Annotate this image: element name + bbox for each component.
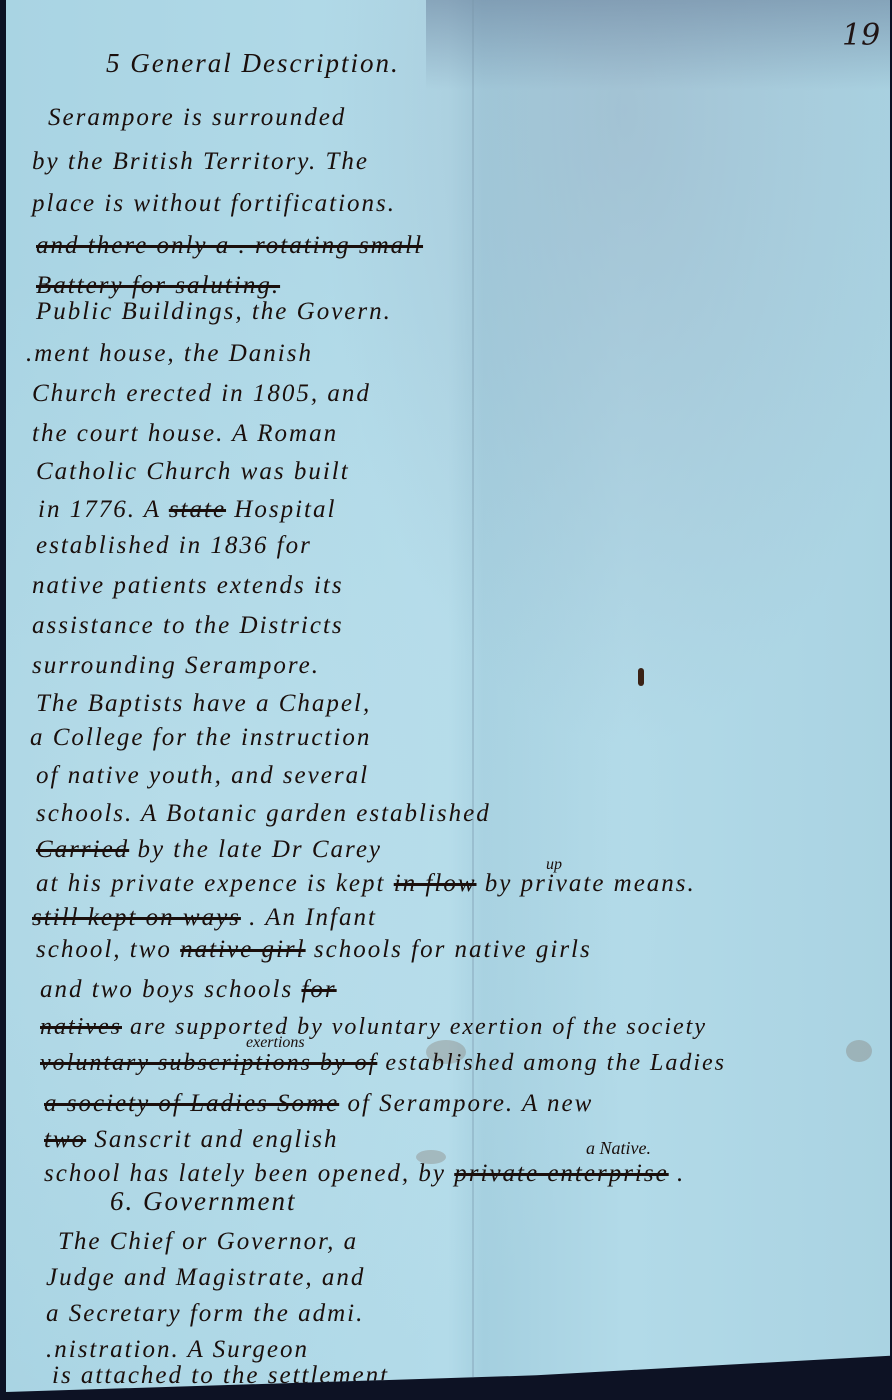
line-text-after: Hospital	[234, 496, 336, 523]
text-line: is attached to the settlement.	[52, 1362, 397, 1390]
manuscript-page: 19 5 General Description. Serampore is s…	[6, 0, 890, 1392]
text-line: The Chief or Governor, a	[58, 1228, 358, 1256]
text-line: in 1776. A state Hospital	[38, 496, 336, 524]
text-line: .ment house, the Danish	[26, 340, 313, 368]
line-text: school, two	[36, 936, 172, 963]
line-text: and two boys schools	[40, 976, 293, 1003]
line-text: at his private expence is kept	[36, 870, 385, 897]
section-heading: 6. Government	[110, 1186, 296, 1217]
ink-stain	[846, 1040, 872, 1062]
struck-line: Battery for saluting.	[36, 272, 280, 300]
text-line: The Baptists have a Chapel,	[36, 690, 371, 718]
struck-word: Carried	[36, 836, 129, 863]
text-line: two Sanscrit and english	[44, 1126, 339, 1154]
line-text-after: .	[677, 1160, 685, 1187]
struck-word: voluntary subscriptions by of	[40, 1050, 377, 1076]
text-line: of native youth, and several	[36, 762, 369, 790]
text-line: school has lately been opened, by privat…	[44, 1160, 685, 1188]
struck-line: and there only a . rotating small	[36, 232, 423, 260]
text-line: Carried by the late Dr Carey	[36, 836, 382, 864]
text-line: .nistration. A Surgeon	[46, 1336, 309, 1364]
text-line: natives are supported by voluntary exert…	[40, 1014, 707, 1041]
ink-blot	[638, 668, 644, 686]
text-line: at his private expence is kept in flow b…	[36, 870, 696, 898]
section-heading: 5 General Description.	[106, 48, 400, 79]
line-text-after: by private means.	[485, 870, 696, 897]
struck-word: still kept on ways	[32, 904, 241, 931]
text-line: and two boys schools for	[40, 976, 337, 1004]
struck-word: native girl	[180, 936, 305, 963]
text-line: by the British Territory. The	[32, 148, 369, 176]
text-line: assistance to the Districts	[32, 612, 344, 640]
struck-word: private enterprise	[454, 1160, 668, 1187]
line-text: school has lately been opened, by	[44, 1160, 446, 1187]
text-line: a Secretary form the admi.	[46, 1300, 364, 1328]
text-line: the court house. A Roman	[32, 420, 338, 448]
text-line: a society of Ladies Some of Serampore. A…	[44, 1090, 593, 1118]
text-line: Public Buildings, the Govern.	[36, 298, 392, 326]
line-text-after: . An Infant	[249, 904, 377, 931]
shadow-top	[426, 0, 892, 90]
text-line: native patients extends its	[32, 572, 344, 600]
text-line: schools. A Botanic garden established	[36, 800, 491, 828]
text-line: established in 1836 for	[36, 532, 312, 560]
struck-word: state	[169, 496, 226, 523]
line-text-after: by the late Dr Carey	[137, 836, 382, 863]
text-line: Serampore is surrounded	[48, 104, 346, 132]
text-line: still kept on ways . An Infant	[32, 904, 377, 932]
text-line: place is without fortifications.	[32, 190, 396, 218]
interlinear-insert: a Native.	[586, 1138, 651, 1159]
text-line: a College for the instruction	[30, 724, 371, 752]
text-line: voluntary subscriptions by of establishe…	[40, 1050, 726, 1077]
struck-word: in flow	[394, 870, 477, 897]
line-text-after: are supported by voluntary exertion of t…	[130, 1014, 707, 1040]
line-text-after: established among the Ladies	[385, 1050, 726, 1076]
struck-word: natives	[40, 1014, 122, 1040]
text-line: Catholic Church was built	[36, 458, 350, 486]
struck-word: a society of Ladies Some	[44, 1090, 339, 1117]
text-line: school, two native girl schools for nati…	[36, 936, 592, 964]
struck-word: two	[44, 1126, 86, 1153]
line-text: in 1776. A	[38, 496, 161, 523]
line-text-after: schools for native girls	[314, 936, 592, 963]
struck-word: for	[301, 976, 336, 1003]
text-line: Church erected in 1805, and	[32, 380, 371, 408]
line-text-after: of Serampore. A new	[347, 1090, 593, 1117]
text-line: surrounding Serampore.	[32, 652, 320, 680]
text-line: Judge and Magistrate, and	[46, 1264, 365, 1292]
page-number: 19	[842, 18, 880, 53]
line-text-after: Sanscrit and english	[94, 1126, 338, 1153]
